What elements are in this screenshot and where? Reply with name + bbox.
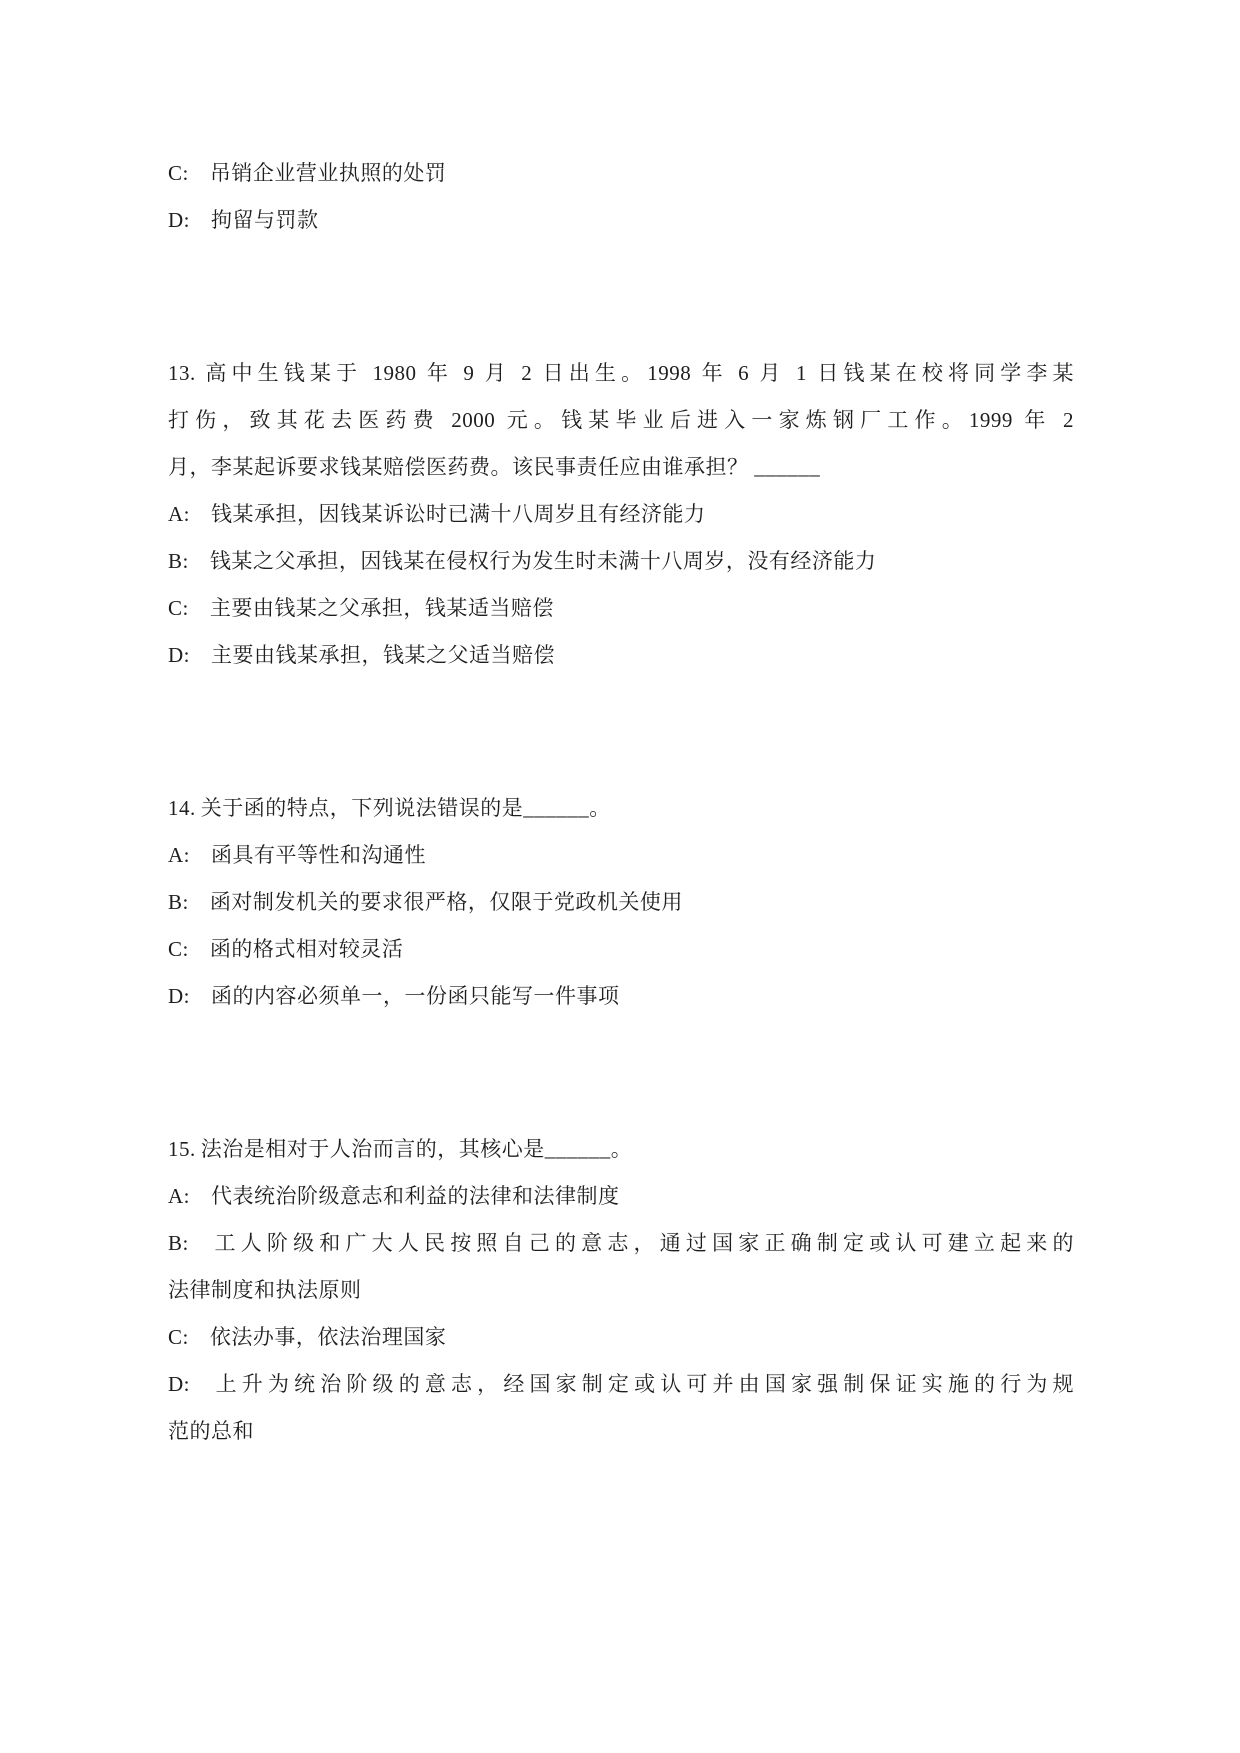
exam-document-page: C:吊销企业营业执照的处罚 D:拘留与罚款 13.高中生钱某于 1980 年 9… bbox=[0, 0, 1240, 1753]
option-text: 函对制发机关的要求很严格，仅限于党政机关使用 bbox=[210, 890, 683, 914]
option-label: D: bbox=[168, 643, 190, 667]
option-row-14-C: C:函的格式相对较灵活 bbox=[168, 926, 1074, 973]
question-text-line: 13.高中生钱某于 1980 年 9 月 2 日出生。1998 年 6 月 1 … bbox=[168, 350, 1074, 397]
question-number: 14. bbox=[168, 796, 196, 820]
question-text: 月，李某起诉要求钱某赔偿医药费。该民事责任应由谁承担？ ______ bbox=[168, 455, 820, 479]
option-continuation-line: 法律制度和执法原则 bbox=[168, 1267, 1074, 1314]
question-block-13: 13.高中生钱某于 1980 年 9 月 2 日出生。1998 年 6 月 1 … bbox=[168, 350, 1074, 679]
option-text: 函具有平等性和沟通性 bbox=[211, 843, 426, 867]
option-label: C: bbox=[168, 937, 189, 961]
question-block-12-partial: C:吊销企业营业执照的处罚 D:拘留与罚款 bbox=[168, 150, 1074, 244]
question-text: 关于函的特点，下列说法错误的是______。 bbox=[201, 796, 611, 820]
question-text-line: 月，李某起诉要求钱某赔偿医药费。该民事责任应由谁承担？ ______ bbox=[168, 444, 1074, 491]
option-row-15-A: A:代表统治阶级意志和利益的法律和法律制度 bbox=[168, 1173, 1074, 1220]
option-row-15-D: D:上升为统治阶级的意志，经国家制定或认可并由国家强制保证实施的行为规 bbox=[168, 1361, 1074, 1408]
question-block-15: 15.法治是相对于人治而言的，其核心是______。 A:代表统治阶级意志和利益… bbox=[168, 1126, 1074, 1455]
option-label: D: bbox=[168, 208, 190, 232]
option-row-14-B: B:函对制发机关的要求很严格，仅限于党政机关使用 bbox=[168, 879, 1074, 926]
option-text: 函的格式相对较灵活 bbox=[210, 937, 404, 961]
option-row-12-D: D:拘留与罚款 bbox=[168, 197, 1074, 244]
option-label: B: bbox=[168, 1231, 189, 1255]
question-text-line: 14.关于函的特点，下列说法错误的是______。 bbox=[168, 785, 1074, 832]
option-label: C: bbox=[168, 596, 189, 620]
option-label: D: bbox=[168, 984, 190, 1008]
option-row-13-C: C:主要由钱某之父承担，钱某适当赔偿 bbox=[168, 585, 1074, 632]
option-row-14-A: A:函具有平等性和沟通性 bbox=[168, 832, 1074, 879]
option-text: 钱某之父承担，因钱某在侵权行为发生时未满十八周岁，没有经济能力 bbox=[210, 549, 877, 573]
question-text-line: 打伤，致其花去医药费 2000 元。钱某毕业后进入一家炼钢厂工作。1999 年 … bbox=[168, 397, 1074, 444]
option-text: 吊销企业营业执照的处罚 bbox=[210, 161, 447, 185]
question-number: 15. bbox=[168, 1137, 196, 1161]
option-text: 主要由钱某承担，钱某之父适当赔偿 bbox=[211, 643, 555, 667]
option-text: 工人阶级和广大人民按照自己的意志，通过国家正确制定或认可建立起来的 bbox=[210, 1231, 1074, 1255]
option-label: B: bbox=[168, 549, 189, 573]
option-row-13-D: D:主要由钱某承担，钱某之父适当赔偿 bbox=[168, 632, 1074, 679]
option-row-13-A: A:钱某承担，因钱某诉讼时已满十八周岁且有经济能力 bbox=[168, 491, 1074, 538]
option-row-15-C: C:依法办事，依法治理国家 bbox=[168, 1314, 1074, 1361]
option-row-15-B: B:工人阶级和广大人民按照自己的意志，通过国家正确制定或认可建立起来的 bbox=[168, 1220, 1074, 1267]
question-text: 打伤，致其花去医药费 2000 元。钱某毕业后进入一家炼钢厂工作。1999 年 … bbox=[168, 408, 1074, 432]
option-label: B: bbox=[168, 890, 189, 914]
option-label: A: bbox=[168, 843, 190, 867]
option-text: 范的总和 bbox=[168, 1419, 254, 1443]
option-label: C: bbox=[168, 161, 189, 185]
option-row-13-B: B:钱某之父承担，因钱某在侵权行为发生时未满十八周岁，没有经济能力 bbox=[168, 538, 1074, 585]
option-label: D: bbox=[168, 1372, 190, 1396]
option-text: 法律制度和执法原则 bbox=[168, 1278, 362, 1302]
option-row-12-C: C:吊销企业营业执照的处罚 bbox=[168, 150, 1074, 197]
option-text: 上升为统治阶级的意志，经国家制定或认可并由国家强制保证实施的行为规 bbox=[211, 1372, 1074, 1396]
option-label: A: bbox=[168, 1184, 190, 1208]
option-text: 代表统治阶级意志和利益的法律和法律制度 bbox=[211, 1184, 620, 1208]
option-text: 函的内容必须单一，一份函只能写一件事项 bbox=[211, 984, 620, 1008]
question-text: 高中生钱某于 1980 年 9 月 2 日出生。1998 年 6 月 1 日钱某… bbox=[201, 361, 1074, 385]
option-text: 拘留与罚款 bbox=[211, 208, 319, 232]
option-text: 主要由钱某之父承担，钱某适当赔偿 bbox=[210, 596, 554, 620]
question-text: 法治是相对于人治而言的，其核心是______。 bbox=[201, 1137, 633, 1161]
option-continuation-line: 范的总和 bbox=[168, 1408, 1074, 1455]
option-label: C: bbox=[168, 1325, 189, 1349]
question-text-line: 15.法治是相对于人治而言的，其核心是______。 bbox=[168, 1126, 1074, 1173]
option-text: 依法办事，依法治理国家 bbox=[210, 1325, 447, 1349]
option-text: 钱某承担，因钱某诉讼时已满十八周岁且有经济能力 bbox=[211, 502, 706, 526]
option-row-14-D: D:函的内容必须单一，一份函只能写一件事项 bbox=[168, 973, 1074, 1020]
question-number: 13. bbox=[168, 361, 196, 385]
question-block-14: 14.关于函的特点，下列说法错误的是______。 A:函具有平等性和沟通性 B… bbox=[168, 785, 1074, 1020]
option-label: A: bbox=[168, 502, 190, 526]
